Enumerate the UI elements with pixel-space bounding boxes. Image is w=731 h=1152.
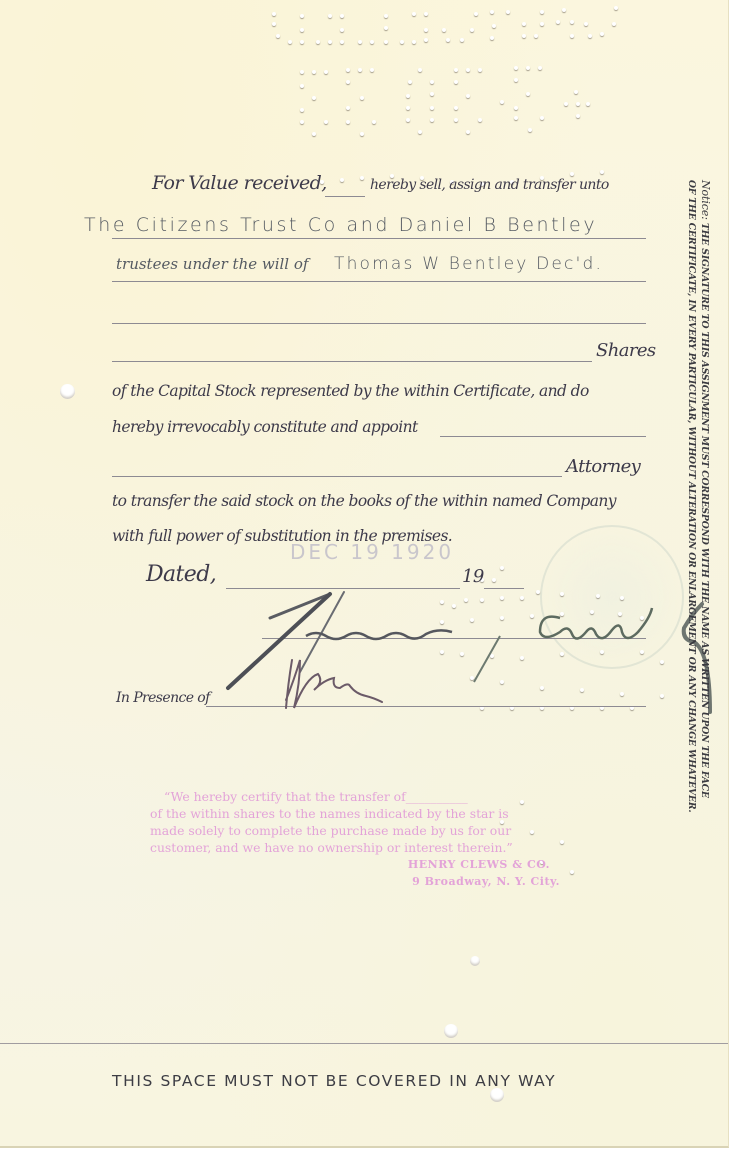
broker-firm-name: HENRY CLEWS & CO.: [150, 856, 570, 873]
certify-line: of the within shares to the names indica…: [150, 805, 570, 822]
footer-divider: [0, 1043, 728, 1044]
certificate-paper: For Value received, hereby sell, assign …: [0, 0, 729, 1148]
binder-hole: [444, 1024, 458, 1038]
binder-hole: [490, 1088, 504, 1102]
broker-address: 9 Broadway, N. Y. City.: [150, 873, 570, 890]
witness-signature[interactable]: [0, 0, 731, 760]
broker-certification-stamp: “We hereby certify that the transfer of_…: [150, 788, 570, 890]
footer-warning: THIS SPACE MUST NOT BE COVERED IN ANY WA…: [112, 1072, 556, 1090]
signature-notice: Notice: THE SIGNATURE TO THIS ASSIGNMENT…: [672, 180, 712, 760]
certify-line: customer, and we have no ownership or in…: [150, 839, 570, 856]
certify-line: “We hereby certify that the transfer of_…: [150, 788, 570, 805]
certify-line: made solely to complete the purchase mad…: [150, 822, 570, 839]
binder-hole: [470, 956, 480, 966]
